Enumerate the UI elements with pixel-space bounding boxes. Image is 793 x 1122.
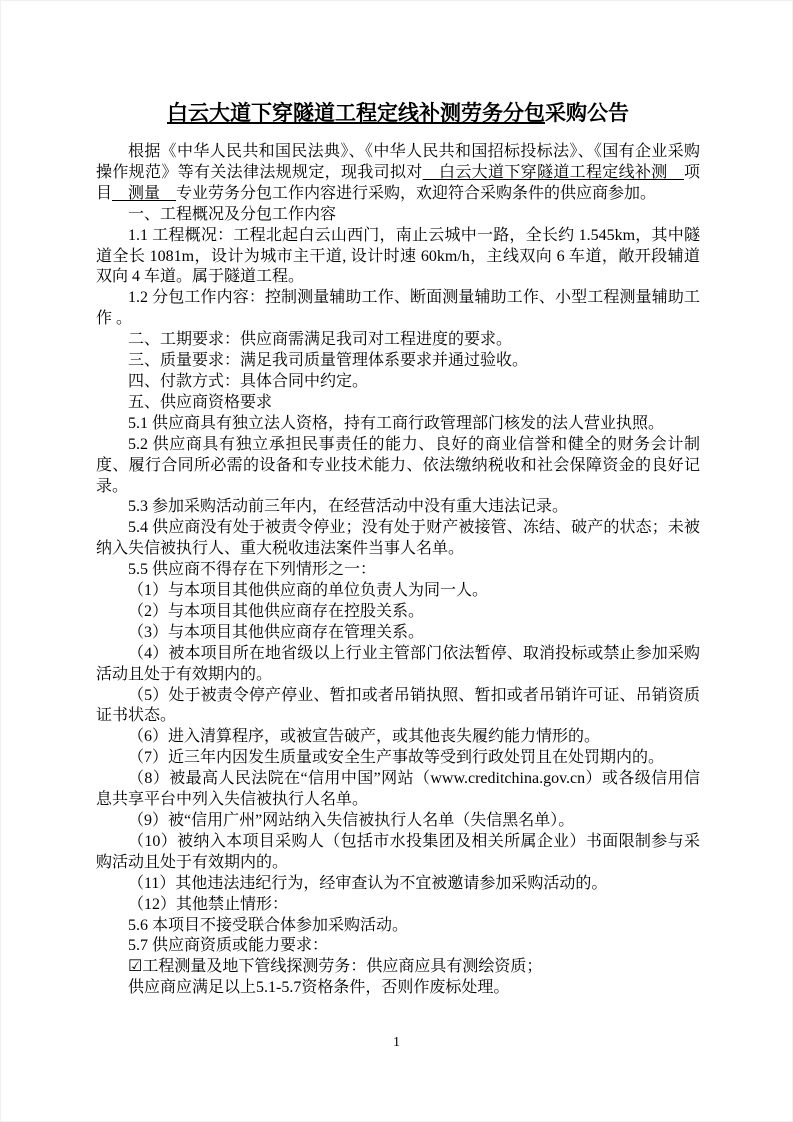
paragraph: 五、供应商资格要求 (96, 393, 700, 414)
underlined-text-run: 白云大道下穿隧道工程定线补测劳务分包 (167, 101, 545, 125)
paragraph: 四、付款方式：具体合同中约定。 (96, 372, 700, 393)
text-run: 5.1 供应商具有独立法人资格，持有工商行政管理部门核发的法人营业执照。 (128, 415, 664, 432)
text-run: 5.5 供应商不得存在下列情形之一： (128, 561, 376, 578)
text-run: 5.2 供应商具有独立承担民事责任的能力、良好的商业信誉和健全的财务会计制度、履… (96, 436, 700, 495)
text-run: （1）与本项目其他供应商的单位负责人为同一人。 (128, 582, 488, 599)
text-run: 1.1 工程概况：工程北起白云山西门，南止云城中一路，全长约 1.545km，其… (96, 227, 700, 286)
document-body: 根据《中华人民共和国民法典》、《中华人民共和国招标投标法》、《国有企业采购操作规… (96, 142, 700, 999)
paragraph: （10）被纳入本项目采购人（包括市水投集团及相关所属企业）书面限制参与采购活动且… (96, 832, 700, 874)
page-number: 1 (0, 1034, 793, 1052)
paragraph: ☑工程测量及地下管线探测劳务：供应商应具有测绘资质； (96, 957, 700, 978)
paragraph: （7）近三年内因发生质量或安全生产事故等受到行政处罚且在处罚期内的。 (96, 748, 700, 769)
text-run: （6）进入清算程序，或被宣告破产，或其他丧失履约能力情形的。 (128, 728, 600, 745)
paragraph: 5.4 供应商没有处于被责令停业；没有处于财产被接管、冻结、破产的状态；未被纳入… (96, 518, 700, 560)
paragraph: （8）被最高人民法院在“信用中国”网站（www.creditchina.gov.… (96, 769, 700, 811)
text-run: 专业劳务分包工作内容进行采购，欢迎符合采购条件的供应商参加。 (176, 185, 656, 202)
text-run: 供应商应满足以上5.1-5.7资格条件，否则作废标处理。 (128, 979, 509, 996)
text-run: （9）被“信用广州”网站纳入失信被执行人名单（失信黑名单）。 (128, 812, 574, 829)
paragraph: （11）其他违法违纪行为，经审查认为不宜被邀请参加采购活动的。 (96, 874, 700, 895)
underlined-text-run: 测量 (112, 185, 176, 202)
underlined-text-run: 白云大道下穿隧道工程定线补测 (423, 164, 684, 181)
text-run: 一、工程概况及分包工作内容 (128, 206, 336, 223)
paragraph: （5）处于被责令停产停业、暂扣或者吊销执照、暂扣或者吊销许可证、吊销资质证书状态… (96, 686, 700, 728)
text-run: 二、工期要求：供应商需满足我司对工程进度的要求。 (128, 331, 512, 348)
text-run: 1.2 分包工作内容：控制测量辅助工作、断面测量辅助工作、小型工程测量辅助工作 … (96, 289, 700, 327)
paragraph: 1.2 分包工作内容：控制测量辅助工作、断面测量辅助工作、小型工程测量辅助工作 … (96, 288, 700, 330)
text-run: （10）被纳入本项目采购人（包括市水投集团及相关所属企业）书面限制参与采购活动且… (96, 833, 700, 871)
paragraph: 5.5 供应商不得存在下列情形之一： (96, 560, 700, 581)
text-run: 四、付款方式：具体合同中约定。 (128, 373, 368, 390)
text-run: 5.4 供应商没有处于被责令停业；没有处于财产被接管、冻结、破产的状态；未被纳入… (96, 519, 700, 557)
paragraph: 供应商应满足以上5.1-5.7资格条件，否则作废标处理。 (96, 978, 700, 999)
paragraph: （1）与本项目其他供应商的单位负责人为同一人。 (96, 581, 700, 602)
text-run: （11）其他违法违纪行为，经审查认为不宜被邀请参加采购活动的。 (128, 875, 607, 892)
text-run: 五、供应商资格要求 (128, 394, 272, 411)
paragraph: （4）被本项目所在地省级以上行业主管部门依法暂停、取消投标或禁止参加采购活动且处… (96, 644, 700, 686)
text-run: 5.3 参加采购活动前三年内，在经营活动中没有重大违法记录。 (128, 498, 568, 515)
document-page: 白云大道下穿隧道工程定线补测劳务分包采购公告 根据《中华人民共和国民法典》、《中… (0, 0, 793, 1122)
paragraph: （3）与本项目其他供应商存在管理关系。 (96, 623, 700, 644)
paragraph: 一、工程概况及分包工作内容 (96, 205, 700, 226)
paragraph: 5.2 供应商具有独立承担民事责任的能力、良好的商业信誉和健全的财务会计制度、履… (96, 435, 700, 498)
text-run: 工程测量及地下管线探测劳务：供应商应具有测绘资质； (142, 958, 542, 975)
document-title: 白云大道下穿隧道工程定线补测劳务分包采购公告 (96, 97, 700, 129)
checked-checkbox-icon: ☑ (128, 958, 142, 975)
text-run: 三、质量要求：满足我司质量管理体系要求并通过验收。 (128, 352, 528, 369)
text-run: （4）被本项目所在地省级以上行业主管部门依法暂停、取消投标或禁止参加采购活动且处… (96, 645, 700, 683)
text-run: 采购公告 (545, 101, 629, 125)
paragraph: 三、质量要求：满足我司质量管理体系要求并通过验收。 (96, 351, 700, 372)
paragraph: 5.6 本项目不接受联合体参加采购活动。 (96, 916, 700, 937)
paragraph: （6）进入清算程序，或被宣告破产，或其他丧失履约能力情形的。 (96, 727, 700, 748)
text-run: 5.6 本项目不接受联合体参加采购活动。 (128, 917, 408, 934)
text-run: （5）处于被责令停产停业、暂扣或者吊销执照、暂扣或者吊销许可证、吊销资质证书状态… (96, 687, 700, 725)
text-run: （3）与本项目其他供应商存在管理关系。 (128, 624, 424, 641)
paragraph: （9）被“信用广州”网站纳入失信被执行人名单（失信黑名单）。 (96, 811, 700, 832)
paragraph: 5.1 供应商具有独立法人资格，持有工商行政管理部门核发的法人营业执照。 (96, 414, 700, 435)
paragraph: 5.3 参加采购活动前三年内，在经营活动中没有重大违法记录。 (96, 497, 700, 518)
paragraph: （12）其他禁止情形： (96, 895, 700, 916)
paragraph: 二、工期要求：供应商需满足我司对工程进度的要求。 (96, 330, 700, 351)
paragraph: 5.7 供应商资质或能力要求： (96, 936, 700, 957)
paragraph: 1.1 工程概况：工程北起白云山西门，南止云城中一路，全长约 1.545km，其… (96, 226, 700, 289)
paragraph: （2）与本项目其他供应商存在控股关系。 (96, 602, 700, 623)
text-run: （12）其他禁止情形： (128, 896, 288, 913)
document-content: 白云大道下穿隧道工程定线补测劳务分包采购公告 根据《中华人民共和国民法典》、《中… (96, 97, 700, 999)
text-run: （7）近三年内因发生质量或安全生产事故等受到行政处罚且在处罚期内的。 (128, 749, 664, 766)
text-run: （8）被最高人民法院在“信用中国”网站（www.creditchina.gov.… (96, 770, 700, 808)
text-run: （2）与本项目其他供应商存在控股关系。 (128, 603, 424, 620)
text-run: 5.7 供应商资质或能力要求： (128, 937, 328, 954)
paragraph: 根据《中华人民共和国民法典》、《中华人民共和国招标投标法》、《国有企业采购操作规… (96, 142, 700, 205)
